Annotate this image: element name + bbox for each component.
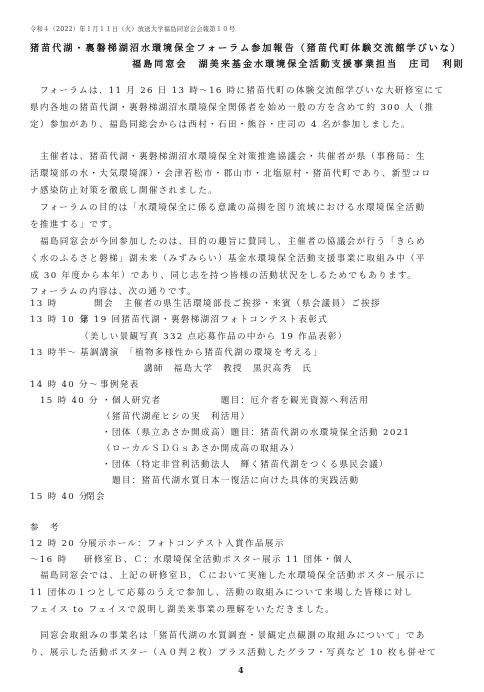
page-header: 令和４（2022）年１月１１日（火）放送大学福島同窓会会報第１０号: [30, 24, 235, 36]
program-text: 第 19 回猪苗代湖・裏磐梯湖沼フォトコンテスト表彰式: [80, 314, 328, 326]
program-text: 講師 福島大学 教授 黒沢高秀 氏: [144, 363, 312, 375]
paragraph-4-line: 同窓会取組みの事業名は「猪苗代湖の水質調査・景観定点観測の取組みについて」であ: [40, 630, 426, 642]
paragraph-3-line: 11 団体の１つとして応募のうえで参加し、活動の取組みについて来場した皆様に対し: [30, 587, 413, 599]
paragraph-2-line: 主催者は、猪苗代湖・裏磐梯湖沼水環境保全対策推進協議会・共催者が県（事務局：生: [40, 151, 426, 163]
program-text: （ローカルＳＤＧｓあさか開成高の取組み）: [102, 443, 300, 455]
program-time: 13 時半～: [30, 347, 77, 359]
program-text: 題目：猪苗代湖水質日本一復活に向けた具体的実践活動: [112, 475, 359, 487]
paragraph-2-line: フォーラムの目的は「水環境保全に係る意識の高揚を図り流域における水環境保全活動: [40, 202, 425, 214]
paragraph-3-line: フェイス to フェイスで説明し湖美来事業の理解をいただきました。: [30, 604, 335, 616]
program-text: 閉会: [86, 491, 106, 503]
reference-time: 12 時 20 分: [30, 538, 89, 550]
program-time: 13 時: [30, 298, 57, 310]
reference-time: ～16 時: [30, 554, 67, 566]
paragraph-1-line: フォーラムは、11 月 26 日 13 時～16 時に猪苗代町の体験交流館学びい…: [40, 85, 444, 97]
program-text: ・個人研究者 題目：厄介者を観光資源へ利活用: [102, 395, 369, 407]
reference-text: 研修室Ｂ、Ｃ：水環境保全活動ポスター展示 11 団体・個人: [84, 554, 353, 566]
reference-text: 展示ホール：フォトコンテスト入賞作品展示: [88, 538, 285, 550]
paragraph-2-line: 成 30 年度から本年）であり、同じ志を持つ皆様の活動状況をしるためでもあります…: [30, 270, 417, 282]
program-text: 基調講演 「植物多様性から猪苗代湖の環境を考える」: [80, 347, 323, 359]
program-time: 14 時 40 分～: [30, 379, 99, 391]
reference-heading: 参 考: [30, 522, 60, 534]
paragraph-3-line: 福島同窓会では、上記の研修室Ｂ，Ｃにおいて実施した水環境保全活動ポスター展示に: [40, 570, 426, 582]
paragraph-2-line: く水のふるさと磐梯」湖未来（みずみらい）基金水環境保全活動支援事業に取組み中（平: [30, 253, 426, 265]
program-text: ・団体（県立あさか開成高）題目：猪苗代湖の水環境保全活動 2021: [102, 427, 410, 439]
program-time: 15 時 40 分: [30, 491, 89, 503]
program-text: （猪苗代湖産ヒシの実 利活用）: [102, 411, 250, 423]
article-author: 福島同窓会 湖美来基金水環境保全活動支援事業担当 庄司 利則: [132, 59, 465, 71]
program-text: 事例発表: [100, 379, 140, 391]
paragraph-2-line: 福島同窓会が今回参加したのは、目的の趣旨に賛同し、主催者の協議会が行う「きらめ: [40, 236, 426, 248]
paragraph-2-line: ナ感染防止対策を徹底し開催されました。: [30, 185, 218, 197]
program-text: （美しい景観写真 332 点応募作品の中から 19 作品表彰）: [80, 331, 348, 343]
paragraph-1-line: 定）参加があり、福島同総会からは西村・石田・熊谷・庄司の 4 名が参加しました。: [30, 119, 411, 131]
paragraph-2-line: フォーラムの内容は、次の通りです。: [30, 286, 197, 298]
article-title: 猪苗代湖・裏磐梯湖沼水環境保全フォーラム参加報告（猪苗代町体験交流館学びいな）: [30, 43, 462, 55]
program-text: ・団体（特定非営利活動法人 輝く猪苗代湖をつくる県民会議）: [102, 459, 389, 471]
paragraph-4-line: り、展示した活動ポスター（Ａ０判２枚）プラス活動したグラフ・写真など 10 枚も…: [30, 647, 437, 659]
program-time: 15 時 40 分: [40, 395, 99, 407]
program-text: 開会 主催者の県生活環境部長ご挨拶・来賓（県会議員）ご挨拶: [94, 298, 381, 310]
paragraph-1-line: 県内各地の猪苗代湖・裏磐梯湖沼水環境保全関係者を始め一般の方を含めて約 300 …: [30, 102, 434, 114]
page-number: 4: [238, 664, 245, 676]
paragraph-2-line: 活環境部の水・大気環境課）・会津若松市・郡山市・北塩原村・猪苗代町であり、新型コ…: [30, 168, 431, 180]
paragraph-2-line: を推進する」です。: [30, 219, 118, 231]
